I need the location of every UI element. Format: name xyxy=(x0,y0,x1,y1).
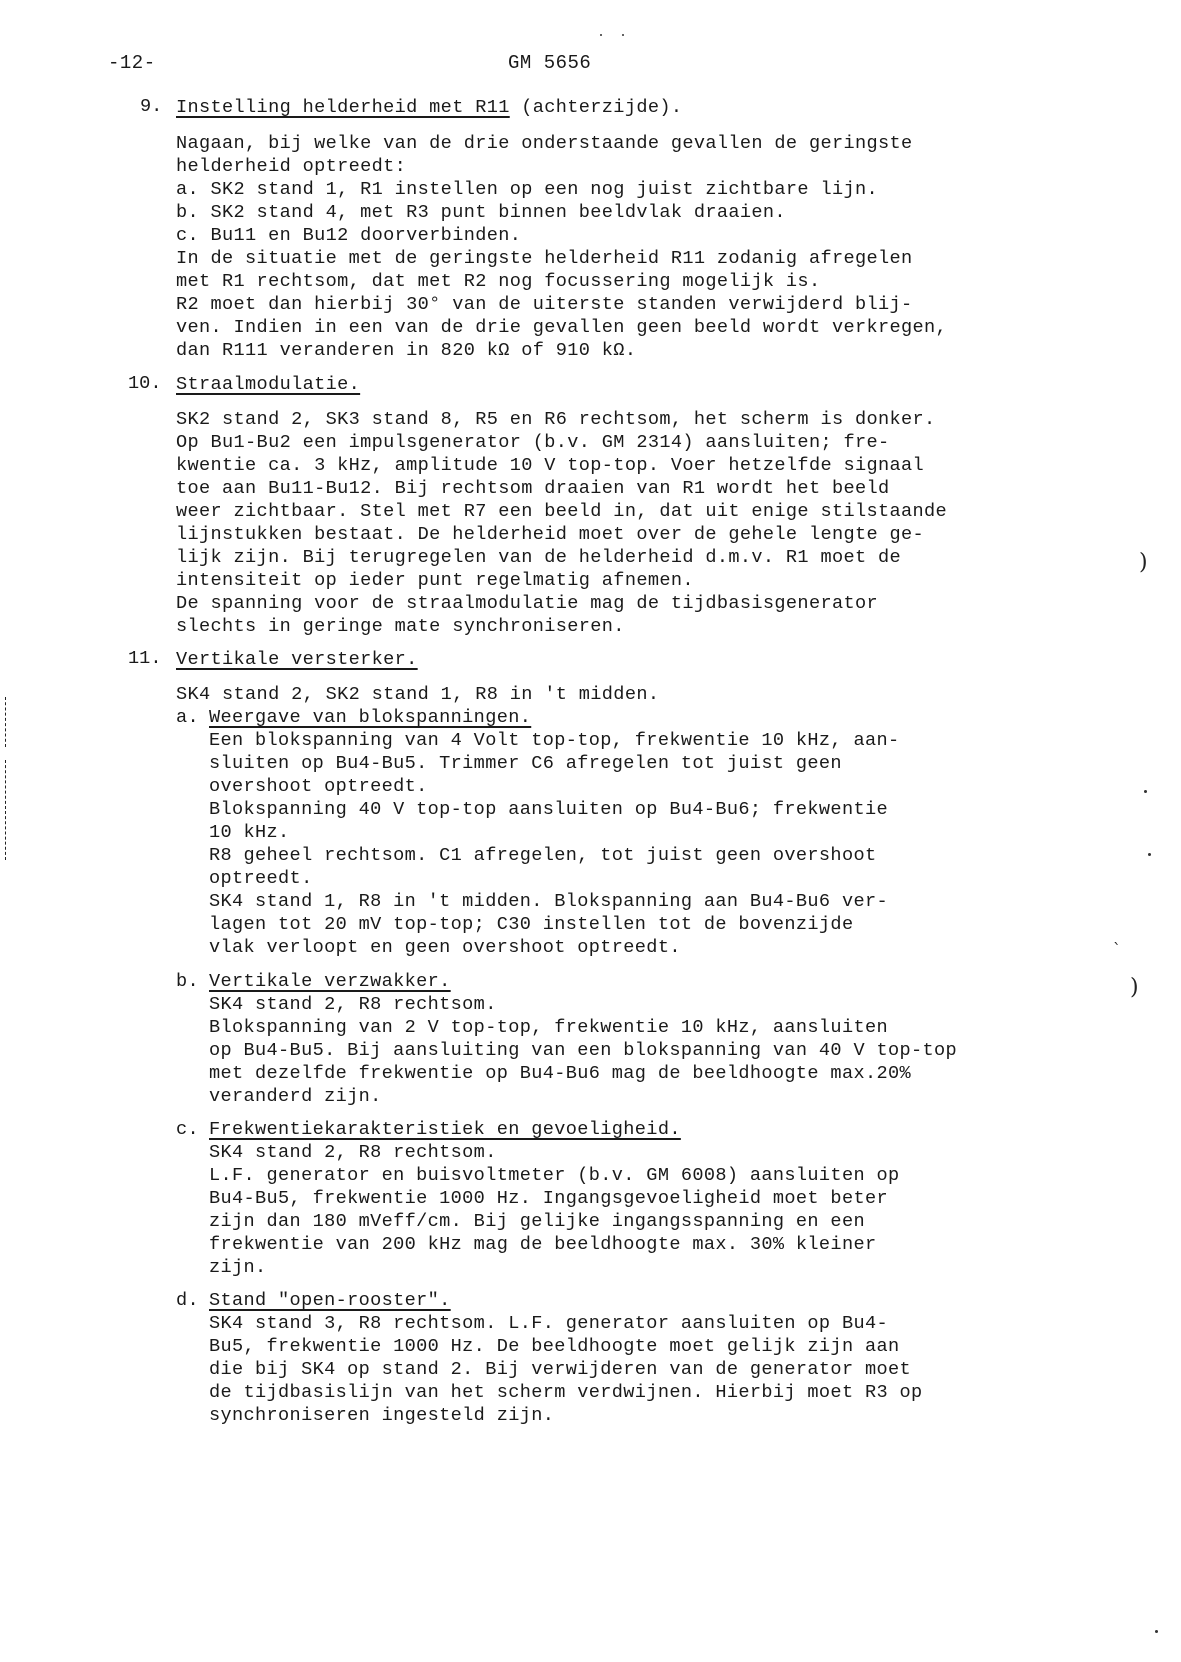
body-line: vlak verloopt en geen overshoot optreedt… xyxy=(209,936,681,960)
body-line: SK4 stand 2, R8 rechtsom. xyxy=(209,1141,497,1165)
body-line: Bu4-Bu5, frekwentie 1000 Hz. Ingangsgevo… xyxy=(209,1187,888,1211)
subsection-a-title: Weergave van blokspanningen. xyxy=(209,706,531,730)
body-line: ven. Indien in een van de drie gevallen … xyxy=(176,316,947,340)
body-line: met R1 rechtsom, dat met R2 nog focusser… xyxy=(176,270,820,294)
body-line: b. SK2 stand 4, met R3 punt binnen beeld… xyxy=(176,201,786,225)
paren-scan-mark: ) xyxy=(1139,550,1148,575)
body-line: Blokspanning 40 V top-top aansluiten op … xyxy=(209,798,888,822)
body-line: Blokspanning van 2 V top-top, frekwentie… xyxy=(209,1016,888,1040)
section-9-heading: Instelling helderheid met R11 (achterzij… xyxy=(176,96,682,120)
body-line: helderheid optreedt: xyxy=(176,155,406,179)
section-9-title: Instelling helderheid met R11 xyxy=(176,97,510,118)
body-line: SK4 stand 1, R8 in 't midden. Blokspanni… xyxy=(209,890,888,914)
body-line: sluiten op Bu4-Bu5. Trimmer C6 afregelen… xyxy=(209,752,842,776)
model-number: GM 5656 xyxy=(508,52,591,74)
section-11-number: 11. xyxy=(128,648,161,669)
section-11-intro: SK4 stand 2, SK2 stand 1, R8 in 't midde… xyxy=(176,683,659,707)
paren-scan-mark: ) xyxy=(1130,975,1139,1000)
body-line: Op Bu1-Bu2 een impulsgenerator (b.v. GM … xyxy=(176,431,890,455)
scan-dot xyxy=(1144,790,1147,793)
section-9-title-suffix: (achterzijde). xyxy=(510,97,683,118)
body-line: toe aan Bu11-Bu12. Bij rechtsom draaien … xyxy=(176,477,890,501)
body-line: met dezelfde frekwentie op Bu4-Bu6 mag d… xyxy=(209,1062,911,1086)
body-line: SK2 stand 2, SK3 stand 8, R5 en R6 recht… xyxy=(176,408,936,432)
body-line: Nagaan, bij welke van de drie onderstaan… xyxy=(176,132,913,156)
document-page: -12- GM 5656 9. Instelling helderheid me… xyxy=(0,0,1181,1662)
body-line: a. SK2 stand 1, R1 instellen op een nog … xyxy=(176,178,878,202)
body-line: weer zichtbaar. Stel met R7 een beeld in… xyxy=(176,500,947,524)
scan-dot xyxy=(1148,853,1151,856)
body-line: R2 moet dan hierbij 30° van de uiterste … xyxy=(176,293,913,317)
body-line: SK4 stand 3, R8 rechtsom. L.F. generator… xyxy=(209,1312,888,1336)
subsection-d-number: d. xyxy=(176,1289,199,1313)
subsection-c-title: Frekwentiekarakteristiek en gevoeligheid… xyxy=(209,1118,681,1142)
subsection-b-title: Vertikale verzwakker. xyxy=(209,970,451,994)
scan-margin-mark xyxy=(5,760,7,860)
subsection-d-title: Stand "open-rooster". xyxy=(209,1289,451,1313)
body-line: veranderd zijn. xyxy=(209,1085,382,1109)
subsection-c-number: c. xyxy=(176,1118,199,1142)
body-line: op Bu4-Bu5. Bij aansluiting van een blok… xyxy=(209,1039,957,1063)
body-line: lijk zijn. Bij terugregelen van de helde… xyxy=(176,546,901,570)
body-line: 10 kHz. xyxy=(209,821,290,845)
body-line: lagen tot 20 mV top-top; C30 instellen t… xyxy=(209,913,853,937)
body-line: c. Bu11 en Bu12 doorverbinden. xyxy=(176,224,521,248)
section-11-title: Vertikale versterker. xyxy=(176,648,418,672)
body-line: overshoot optreedt. xyxy=(209,775,428,799)
body-line: Bu5, frekwentie 1000 Hz. De beeldhoogte … xyxy=(209,1335,899,1359)
body-line: intensiteit op ieder punt regelmatig afn… xyxy=(176,569,694,593)
subsection-a-number: a. xyxy=(176,706,199,730)
body-line: De spanning voor de straalmodulatie mag … xyxy=(176,592,878,616)
body-line: In de situatie met de geringste helderhe… xyxy=(176,247,913,271)
body-line: frekwentie van 200 kHz mag de beeldhoogt… xyxy=(209,1233,876,1257)
body-line: L.F. generator en buisvoltmeter (b.v. GM… xyxy=(209,1164,899,1188)
body-line: R8 geheel rechtsom. C1 afregelen, tot ju… xyxy=(209,844,876,868)
body-line: die bij SK4 op stand 2. Bij verwijderen … xyxy=(209,1358,911,1382)
body-line: optreedt. xyxy=(209,867,313,891)
page-number: -12- xyxy=(108,52,156,74)
scan-dot xyxy=(622,34,624,36)
body-line: synchroniseren ingesteld zijn. xyxy=(209,1404,554,1428)
body-line: zijn. xyxy=(209,1256,267,1280)
scan-dot xyxy=(600,34,602,36)
scan-dot xyxy=(1155,1630,1158,1633)
subsection-b-number: b. xyxy=(176,970,199,994)
body-line: Een blokspanning van 4 Volt top-top, fre… xyxy=(209,729,899,753)
scan-margin-mark xyxy=(5,697,7,747)
section-10-title: Straalmodulatie. xyxy=(176,373,360,397)
body-line: lijnstukken bestaat. De helderheid moet … xyxy=(176,523,924,547)
body-line: de tijdbasislijn van het scherm verdwijn… xyxy=(209,1381,923,1405)
body-line: dan R111 veranderen in 820 kΩ of 910 kΩ. xyxy=(176,339,636,363)
body-line: SK4 stand 2, R8 rechtsom. xyxy=(209,993,497,1017)
paren-scan-mark: ` xyxy=(1113,940,1121,959)
body-line: kwentie ca. 3 kHz, amplitude 10 V top-to… xyxy=(176,454,924,478)
section-10-number: 10. xyxy=(128,373,161,394)
body-line: zijn dan 180 mVeff/cm. Bij gelijke ingan… xyxy=(209,1210,865,1234)
section-9-number: 9. xyxy=(140,96,162,117)
body-line: slechts in geringe mate synchroniseren. xyxy=(176,615,625,639)
